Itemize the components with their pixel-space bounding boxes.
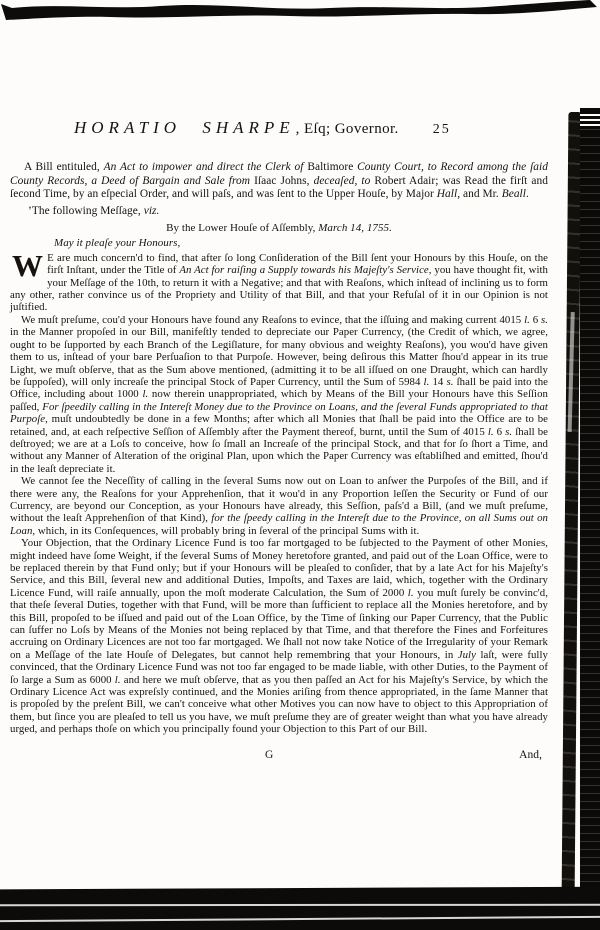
following-message-line: ’The following Meſſage, viz. <box>10 205 548 217</box>
governor-name: HORATIO SHARPE <box>74 122 295 134</box>
page-edge-highlight-line <box>0 916 600 922</box>
message-salutation: May it pleaſe your Honours, <box>54 237 548 249</box>
message-paragraph: We cannot ſee the Neceſſity of calling i… <box>10 475 548 537</box>
running-header: HORATIO SHARPE , Eſq; Governor. 25 <box>74 122 548 136</box>
message-paragraph: WE are much concern'd to find, that afte… <box>10 252 548 314</box>
message-paragraph: Your Objection, that the Ordinary Licenc… <box>10 537 548 736</box>
message-paragraph: We muſt preſume, cou'd your Honours have… <box>10 314 548 475</box>
page-footer: G And, <box>10 749 548 761</box>
page-number: 25 <box>433 124 451 136</box>
scanned-document-page: HORATIO SHARPE , Eſq; Governor. 25 A Bil… <box>0 0 600 930</box>
message-dateline: By the Lower Houſe of Aſſembly, March 14… <box>10 222 548 234</box>
paragraph-text: E are much concern'd to find, that after… <box>10 252 548 314</box>
governor-title: , Eſq; Governor. <box>296 123 399 135</box>
book-page-edge-inner-artifact <box>562 112 582 902</box>
page-top-edge-artifact <box>0 0 600 26</box>
bill-paragraph: A Bill entituled, An Act to impower and … <box>10 161 548 201</box>
book-cover-edge-artifact <box>580 108 600 930</box>
drop-cap-initial: W <box>10 252 47 277</box>
printed-text-block: HORATIO SHARPE , Eſq; Governor. 25 A Bil… <box>10 122 548 761</box>
signature-mark: G <box>265 749 273 761</box>
page-bottom-edge-artifact <box>0 887 600 930</box>
page-edge-highlight-line <box>0 904 600 907</box>
catchword: And, <box>519 749 542 761</box>
